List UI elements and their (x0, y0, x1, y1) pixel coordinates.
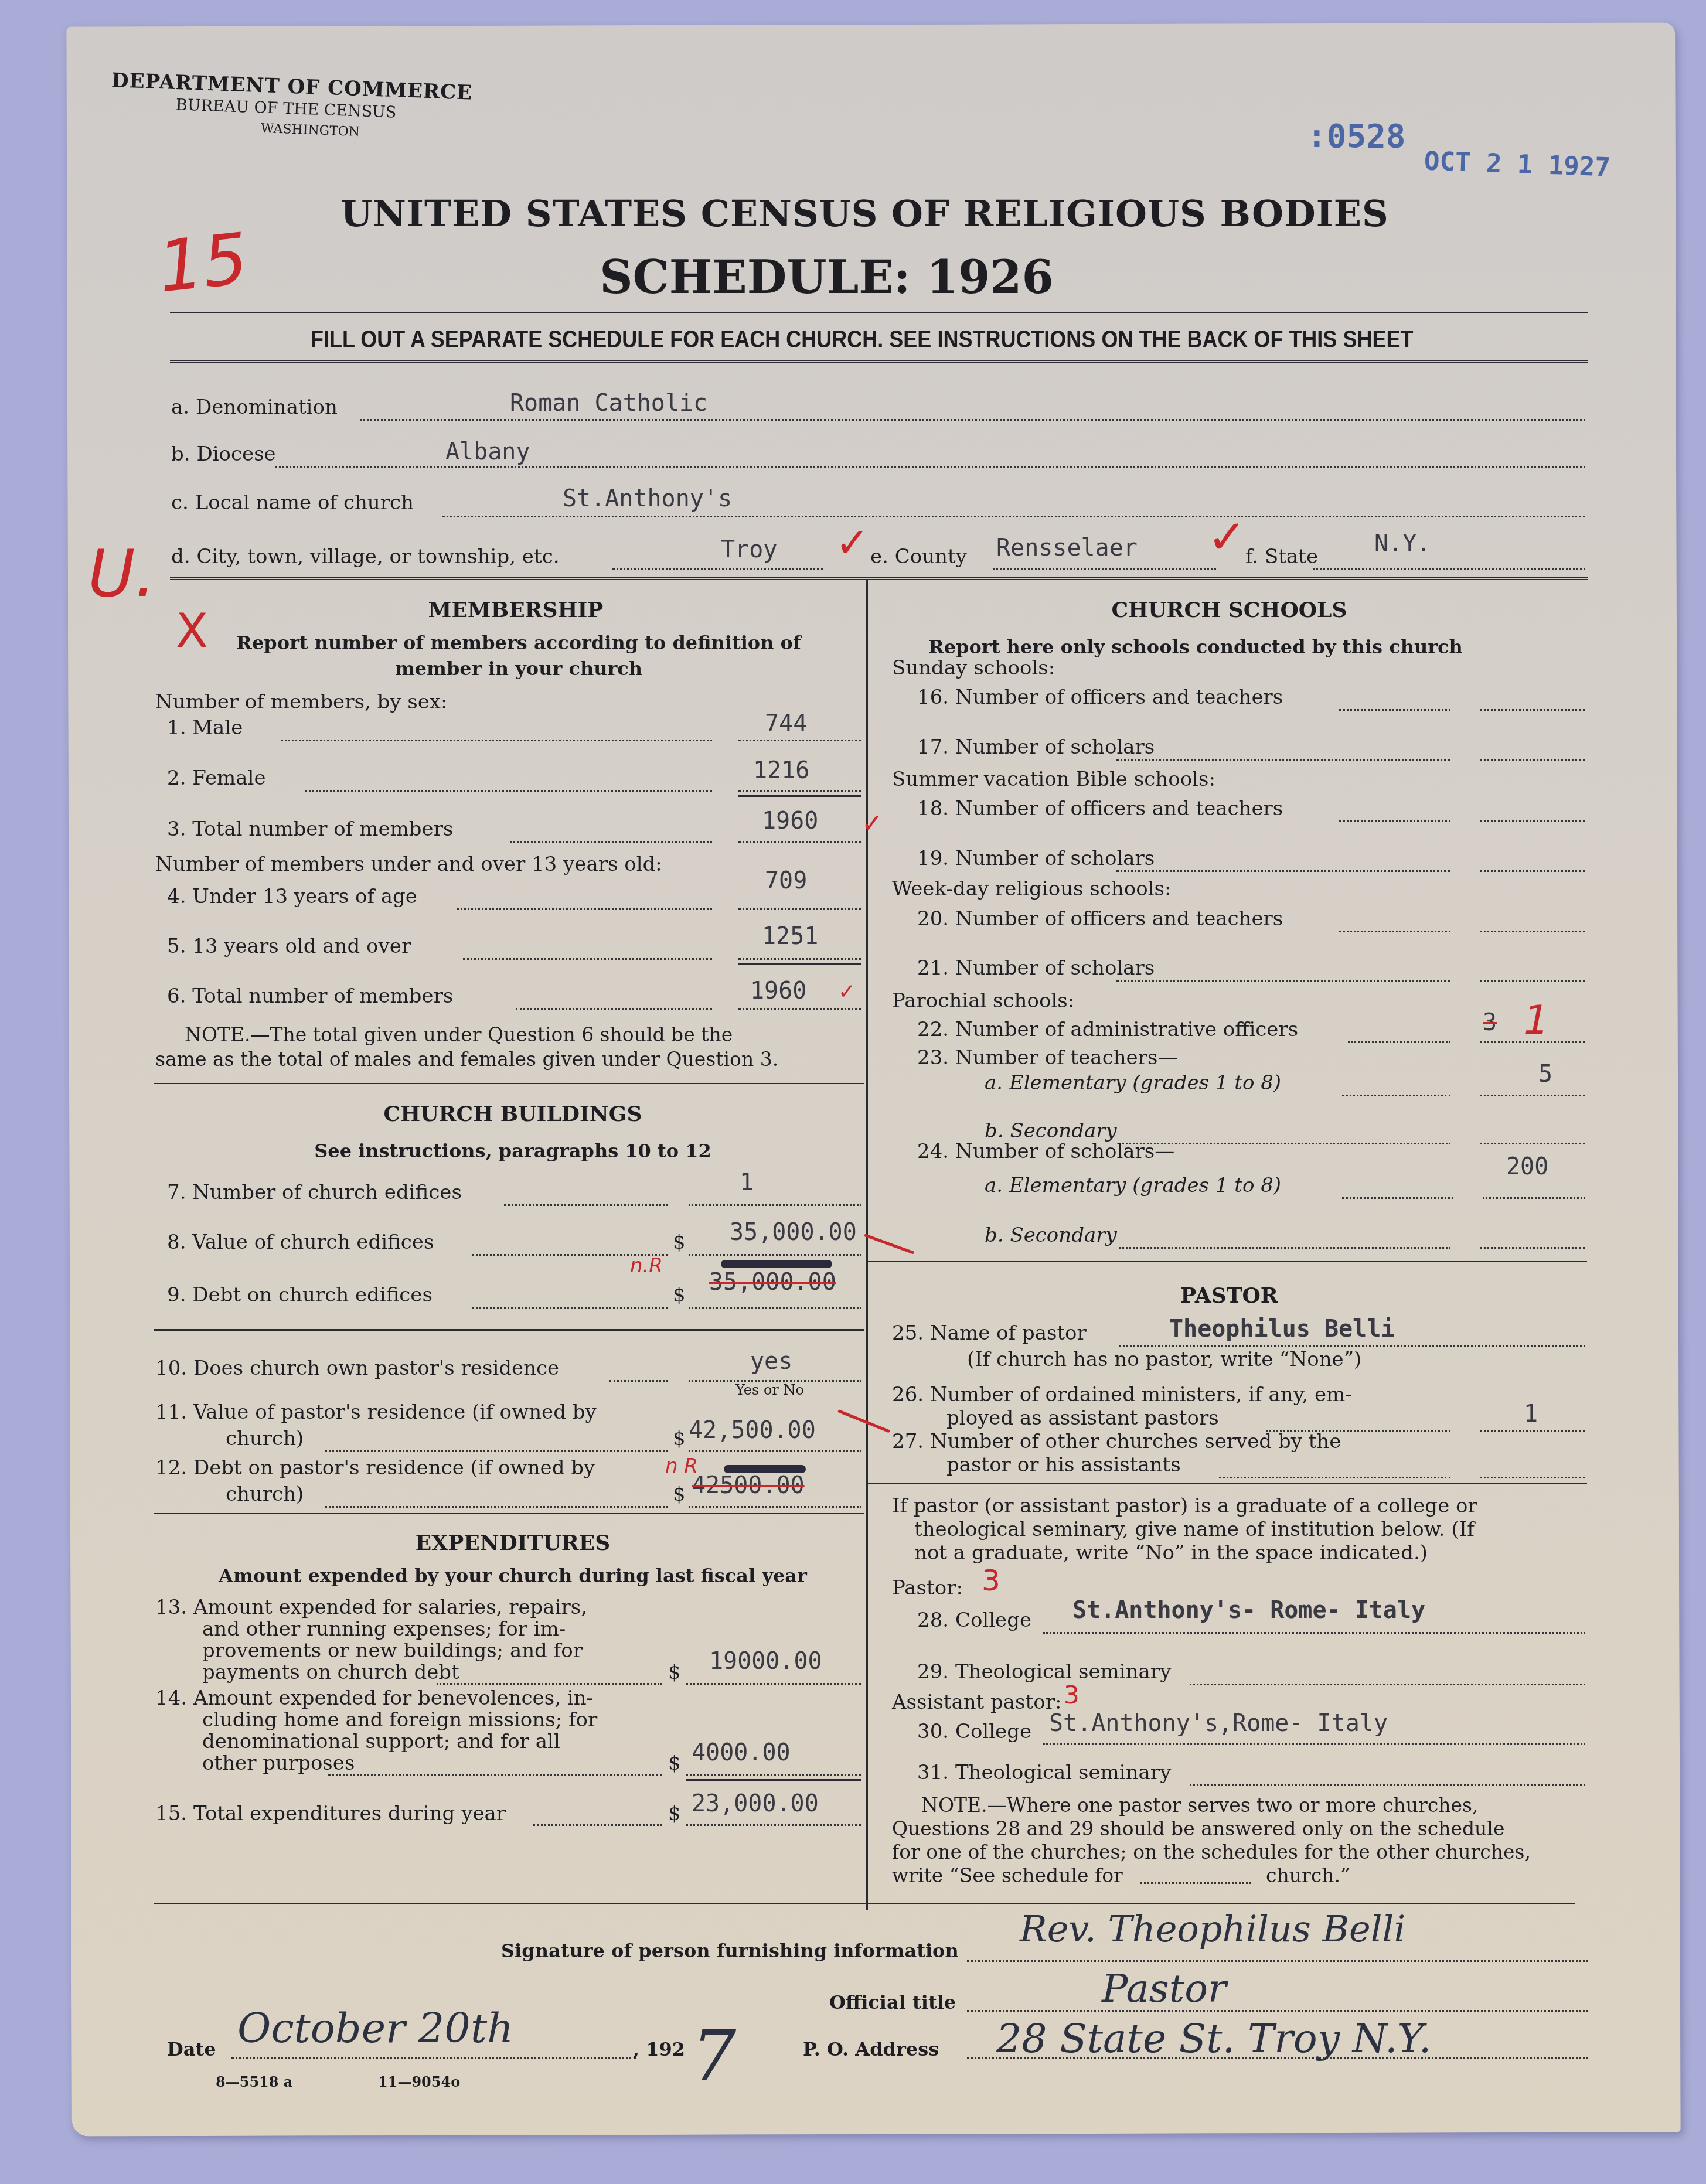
fill-line (1119, 1345, 1585, 1347)
owns-residence-label: 10. Does church own pastor's residence (155, 1357, 559, 1380)
edifices-field[interactable]: 1 (740, 1169, 754, 1196)
edifices-label: 7. Number of church edifices (167, 1181, 462, 1204)
local-name-field[interactable]: St.Anthony's (563, 485, 732, 512)
seminary-label: 29. Theological seminary (917, 1660, 1171, 1684)
dollar-sign: $ (673, 1231, 686, 1254)
q24b-label: b. Secondary (985, 1224, 1117, 1247)
pastor-name-field[interactable]: Theophilus Belli (1169, 1316, 1395, 1343)
q23b-field[interactable] (1480, 1143, 1585, 1144)
city-field[interactable]: Troy (721, 536, 777, 563)
divider (867, 1483, 1587, 1484)
fill-line (738, 841, 861, 843)
ordained-field[interactable]: 1 (1524, 1401, 1538, 1427)
fill-line (738, 1008, 861, 1010)
total-members-2-field[interactable]: 1960 (750, 977, 806, 1004)
fill-line (689, 1254, 861, 1256)
exp-14-label: 14. Amount expended for benevolences, in… (155, 1686, 593, 1710)
q23-label: 23. Number of teachers— (917, 1046, 1177, 1069)
expenditures-subtitle: Amount expended by your church during la… (170, 1565, 856, 1587)
divider (154, 1329, 864, 1331)
annotation-nr: n.R (630, 1254, 663, 1277)
fill-line (1116, 759, 1450, 761)
diocese-label: b. Diocese (171, 442, 276, 466)
ink-blot (721, 1260, 832, 1268)
q24b-field[interactable] (1480, 1247, 1585, 1249)
q23b-label: b. Secondary (985, 1119, 1117, 1143)
fill-line (463, 958, 712, 960)
county-label: e. County (870, 545, 967, 568)
column-divider (866, 580, 868, 1910)
fill-line (738, 740, 861, 741)
state-field[interactable]: N.Y. (1374, 530, 1431, 557)
exp-13-label: and other running expenses; for im- (202, 1617, 566, 1641)
exp-15-field[interactable]: 23,000.00 (692, 1790, 819, 1817)
expenditures-title: EXPENDITURES (170, 1531, 856, 1555)
fill-line (1480, 1430, 1585, 1432)
exp-14-field[interactable]: 4000.00 (692, 1739, 791, 1766)
q24a-label: a. Elementary (grades 1 to 8) (985, 1174, 1281, 1197)
fill-line (325, 1506, 668, 1508)
fill-line (689, 1307, 861, 1309)
membership-title: MEMBERSHIP (170, 598, 861, 622)
q16-field[interactable] (1480, 709, 1585, 711)
form-title: UNITED STATES CENSUS OF RELIGIOUS BODIES (0, 192, 1706, 235)
sum-line (738, 963, 861, 965)
fill-line (689, 1204, 861, 1206)
female-label: 2. Female (167, 766, 266, 790)
fill-line (1339, 931, 1450, 932)
fill-line (328, 1774, 662, 1776)
date-field[interactable]: October 20th (237, 2004, 513, 2052)
dollar-sign: $ (668, 1752, 681, 1775)
pastor-note: for one of the churches; on the schedule… (892, 1840, 1531, 1865)
margin-mark-u: U. (88, 536, 155, 611)
fill-line (281, 740, 712, 741)
pastor-note: NOTE.—Where one pastor serves two or mor… (892, 1793, 1586, 1818)
see-schedule-field[interactable] (1140, 1882, 1251, 1884)
male-field[interactable]: 744 (765, 710, 807, 737)
under-13-field[interactable]: 709 (765, 867, 807, 894)
q19-label: 19. Number of scholars (917, 847, 1155, 870)
exp-13-label: payments on church debt (202, 1661, 459, 1684)
divider (170, 577, 1588, 580)
exp-15-label: 15. Total expenditures during year (155, 1802, 506, 1825)
fill-line (1043, 1743, 1585, 1745)
value-edifices-field[interactable]: 35,000.00 (730, 1219, 857, 1246)
pastor-title: PASTOR (873, 1283, 1585, 1308)
date-label: Date (167, 2038, 216, 2060)
q21-field[interactable] (1480, 980, 1585, 982)
asst-college-field[interactable]: St.Anthony's,Rome- Italy (1049, 1710, 1388, 1737)
form-code-2: 11—9054o (378, 2073, 460, 2090)
exp-13-label: 13. Amount expended for salaries, repair… (155, 1596, 587, 1619)
form-code-1: 8—5518 a (216, 2073, 292, 2090)
residence-debt-label-2: church) (226, 1483, 304, 1506)
fill-line (504, 1204, 668, 1206)
fill-line (457, 908, 712, 910)
fill-line (325, 1450, 668, 1452)
exp-13-label: provements or new buildings; and for (202, 1639, 583, 1662)
pastor-note: Questions 28 and 29 should be answered o… (892, 1817, 1504, 1841)
assistant-heading: Assistant pastor: (892, 1691, 1061, 1714)
fill-line (1339, 820, 1450, 822)
yes-no-hint: Yes or No (735, 1382, 804, 1398)
signature-field[interactable]: Rev. Theophilus Belli (1020, 1907, 1405, 1950)
pastor-name-hint: (If church has no pastor, write “None”) (967, 1348, 1361, 1371)
official-title-field[interactable]: Pastor (1102, 1966, 1226, 2011)
official-title-label: Official title (829, 1991, 956, 2013)
membership-subtitle: member in your church (170, 657, 867, 680)
fill-line (533, 1824, 662, 1826)
q20-label: 20. Number of officers and teachers (917, 907, 1283, 931)
fill-line (993, 568, 1216, 570)
ordained-label-2: ployed as assistant pastors (946, 1406, 1219, 1430)
q23a-label: a. Elementary (grades 1 to 8) (985, 1071, 1281, 1095)
divider (170, 311, 1588, 313)
fill-line (360, 419, 1585, 421)
county-field[interactable]: Rensselaer (996, 534, 1138, 561)
by-sex-label: Number of members, by sex: (155, 690, 447, 714)
fill-line (1043, 1632, 1585, 1634)
local-name-label: c. Local name of church (171, 491, 414, 515)
fill-line (1480, 1095, 1585, 1096)
diocese-field[interactable]: Albany (445, 438, 530, 465)
state-label: f. State (1245, 545, 1318, 568)
seminary-field[interactable] (1190, 1684, 1585, 1685)
fill-line (967, 2010, 1588, 2012)
year-field[interactable]: 7 (692, 2016, 736, 2097)
fill-line (738, 908, 861, 910)
fill-line (689, 1506, 861, 1508)
parochial-schools-heading: Parochial schools: (892, 989, 1074, 1013)
female-field[interactable]: 1216 (753, 757, 809, 784)
instruction-banner: FILL OUT A SEPARATE SCHEDULE FOR EACH CH… (311, 325, 1413, 354)
fill-line (275, 466, 1585, 468)
bible-schools-heading: Summer vacation Bible schools: (892, 768, 1215, 791)
debt-edifices-label: 9. Debt on church edifices (167, 1283, 433, 1307)
fill-line (689, 1450, 861, 1452)
fill-line (967, 1960, 1588, 1962)
church-buildings-title: CHURCH BUILDINGS (170, 1102, 856, 1126)
dollar-sign: $ (668, 1661, 681, 1684)
graduate-note: If pastor (or assistant pastor) is a gra… (892, 1494, 1477, 1518)
fill-line (609, 1380, 668, 1382)
year-prefix: , 192 (633, 2038, 685, 2060)
check-mark-icon: ✓ (838, 980, 856, 1004)
fill-line (686, 1774, 861, 1776)
sunday-schools-heading: Sunday schools: (892, 656, 1055, 680)
church-schools-subtitle: Report here only schools conducted by th… (873, 636, 1518, 658)
fill-line (1313, 568, 1585, 570)
over-13-field[interactable]: 1251 (762, 923, 818, 950)
fill-line (1348, 1041, 1450, 1043)
asst-seminary-label: 31. Theological seminary (917, 1761, 1171, 1784)
fill-line (1342, 1095, 1450, 1096)
college-label: 28. College (917, 1609, 1031, 1632)
q18-label: 18. Number of officers and teachers (917, 797, 1283, 820)
other-churches-label-2: pastor or his assistants (946, 1453, 1181, 1477)
dollar-sign: $ (673, 1427, 686, 1450)
q22-label: 22. Number of administrative officers (917, 1018, 1298, 1041)
q23a-field[interactable]: 5 (1538, 1061, 1552, 1088)
residence-value-label-2: church) (226, 1427, 304, 1450)
ordained-label: 26. Number of ordained ministers, if any… (892, 1383, 1352, 1406)
fill-line (437, 1683, 662, 1685)
fill-line (686, 1683, 861, 1685)
signature-label: Signature of person furnishing informati… (501, 1940, 959, 1962)
membership-note: NOTE.—The total given under Question 6 s… (155, 1023, 856, 1047)
divider (154, 1513, 864, 1515)
q16-label: 16. Number of officers and teachers (917, 686, 1283, 709)
check-mark-icon: ✓ (1207, 510, 1247, 564)
fill-line (686, 1824, 861, 1826)
schedule-title: SCHEDULE: 1926 (0, 251, 1706, 304)
q17-field[interactable] (1480, 759, 1585, 761)
divider (154, 1083, 864, 1085)
q17-label: 17. Number of scholars (917, 735, 1155, 759)
residence-value-label: 11. Value of pastor's residence (if owne… (155, 1401, 597, 1424)
dollar-sign: $ (673, 1283, 686, 1307)
over-13-label: 5. 13 years old and over (167, 935, 411, 958)
address-field[interactable]: 28 State St. Troy N.Y. (996, 2016, 1431, 2062)
graduate-note: not a graduate, write “No” in the space … (914, 1541, 1428, 1565)
fill-line (612, 568, 823, 570)
sum-line (686, 1779, 861, 1781)
residence-debt-label: 12. Debt on pastor's residence (if owned… (155, 1456, 595, 1480)
divider (154, 1902, 1575, 1904)
q19-field[interactable] (1480, 870, 1585, 872)
exp-14-label: other purposes (202, 1752, 355, 1775)
fill-line (1219, 1477, 1450, 1478)
other-churches-field[interactable] (1480, 1477, 1585, 1478)
graduate-note: theological seminary, give name of insti… (914, 1518, 1475, 1541)
fill-line (1342, 1197, 1453, 1199)
fill-line (1483, 1197, 1585, 1199)
q24-label: 24. Number of scholars— (917, 1140, 1174, 1163)
city-label: d. City, town, village, or township, etc… (171, 545, 560, 568)
fill-line (510, 841, 712, 843)
membership-subtitle: Report number of members according to de… (170, 632, 867, 654)
owns-residence-field[interactable]: yes (750, 1348, 792, 1375)
q21-label: 21. Number of scholars (917, 956, 1155, 980)
q22-correction: 1 (1524, 997, 1549, 1044)
other-churches-label: 27. Number of other churches served by t… (892, 1430, 1341, 1453)
age-label: Number of members under and over 13 year… (155, 853, 662, 876)
exp-14-label: denominational support; and for all (202, 1730, 560, 1753)
pastor-note: write “See schedule for (892, 1863, 1123, 1888)
pastor-note: church.” (1266, 1863, 1350, 1888)
fill-line (738, 958, 861, 960)
fill-line (1116, 980, 1450, 982)
college-field[interactable]: St.Anthony's- Rome- Italy (1072, 1597, 1425, 1624)
sum-line (738, 795, 861, 797)
fill-line (442, 516, 1585, 517)
fill-line (231, 2057, 636, 2059)
fill-line (472, 1307, 668, 1309)
denomination-field[interactable]: Roman Catholic (510, 390, 707, 417)
dollar-sign: $ (673, 1483, 686, 1506)
fill-line (516, 1008, 712, 1010)
weekday-schools-heading: Week-day religious schools: (892, 877, 1171, 901)
pastor-name-label: 25. Name of pastor (892, 1321, 1087, 1345)
fill-line (1116, 870, 1450, 872)
asst-college-label: 30. College (917, 1720, 1031, 1743)
fill-line (305, 790, 712, 792)
q20-field[interactable] (1480, 931, 1585, 932)
membership-note: same as the total of males and females g… (155, 1047, 778, 1072)
fill-line (738, 790, 861, 792)
asst-seminary-field[interactable] (1190, 1784, 1585, 1786)
denomination-label: a. Denomination (171, 396, 338, 419)
stamp-number: :0528 (1307, 117, 1406, 155)
exp-13-field[interactable]: 19000.00 (709, 1648, 822, 1675)
dollar-sign: $ (668, 1802, 681, 1825)
residence-debt-field[interactable]: 42500.00 (692, 1472, 805, 1499)
pastor-mark: 3 (982, 1563, 1000, 1597)
total-members-2-label: 6. Total number of members (167, 984, 453, 1008)
divider (170, 360, 1588, 363)
fill-line (1339, 709, 1450, 711)
exp-14-label: cluding home and foreign missions; for (202, 1708, 597, 1732)
church-schools-title: CHURCH SCHOOLS (873, 598, 1585, 622)
assistant-mark: 3 (1064, 1681, 1080, 1709)
church-buildings-subtitle: See instructions, paragraphs 10 to 12 (170, 1140, 856, 1162)
residence-value-field[interactable]: 42,500.00 (689, 1417, 816, 1444)
fill-line (1119, 1247, 1450, 1249)
male-label: 1. Male (167, 716, 243, 740)
q24a-field[interactable]: 200 (1506, 1153, 1548, 1180)
address-label: P. O. Address (803, 2038, 939, 2060)
pastor-heading: Pastor: (892, 1576, 963, 1600)
debt-edifices-field[interactable]: 35,000.00 (709, 1269, 836, 1296)
total-members-label: 3. Total number of members (167, 817, 453, 841)
under-13-label: 4. Under 13 years of age (167, 885, 417, 908)
divider (867, 1261, 1587, 1263)
q22-field[interactable]: 3 (1483, 1009, 1497, 1036)
total-members-field[interactable]: 1960 (762, 807, 818, 834)
check-mark-icon: ✓ (861, 809, 883, 839)
check-mark-icon: ✓ (835, 519, 870, 567)
q18-field[interactable] (1480, 820, 1585, 822)
value-edifices-label: 8. Value of church edifices (167, 1231, 434, 1254)
